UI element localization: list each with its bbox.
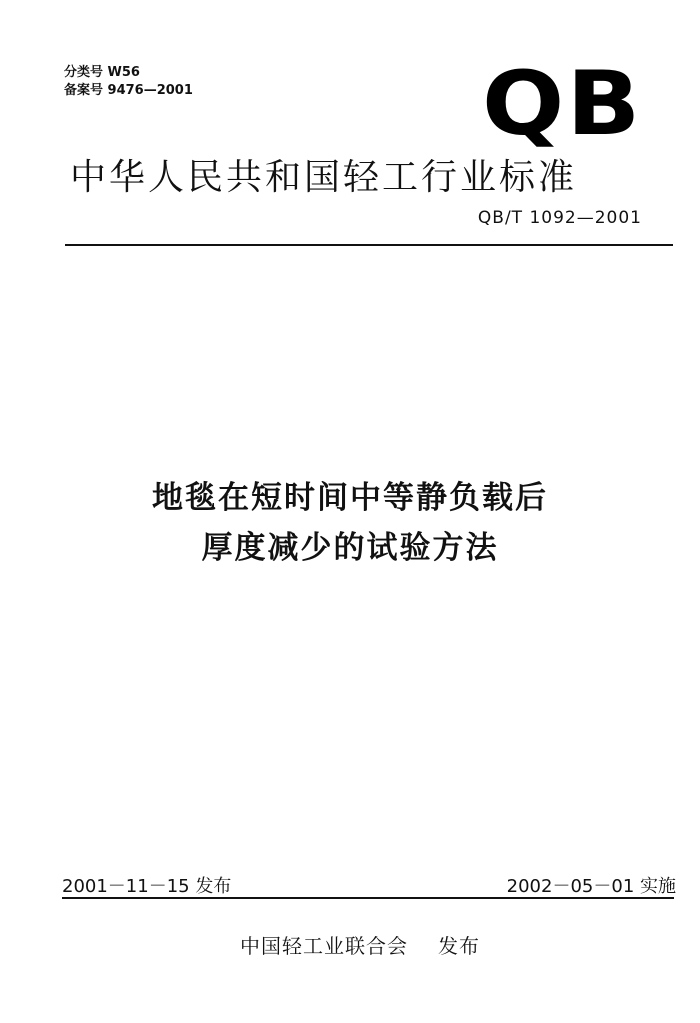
organization-title: 中华人民共和国轻工行业标准 — [70, 156, 670, 200]
header-divider — [65, 244, 673, 246]
issue-date: 2001－11－15 发布 — [62, 872, 231, 898]
effective-date: 2002－05－01 实施 — [507, 872, 676, 898]
document-title-line-2: 厚度减少的试验方法 — [0, 522, 700, 567]
issuer-name: 中国轻工业联合会 — [240, 934, 408, 958]
standard-code: QB/T 1092—2001 — [478, 208, 642, 228]
issuer-line: 中国轻工业联合会发布 — [240, 930, 480, 959]
issuer-suffix: 发布 — [438, 934, 480, 958]
footer-divider — [62, 897, 674, 899]
record-number: 备案号 9476—2001 — [64, 82, 193, 100]
qb-logo: QB — [482, 60, 642, 148]
document-title-line-1: 地毯在短时间中等静负载后 — [0, 472, 700, 517]
classification-block: 分类号 W56 备案号 9476—2001 — [64, 64, 193, 100]
classification-number: 分类号 W56 — [64, 64, 193, 82]
